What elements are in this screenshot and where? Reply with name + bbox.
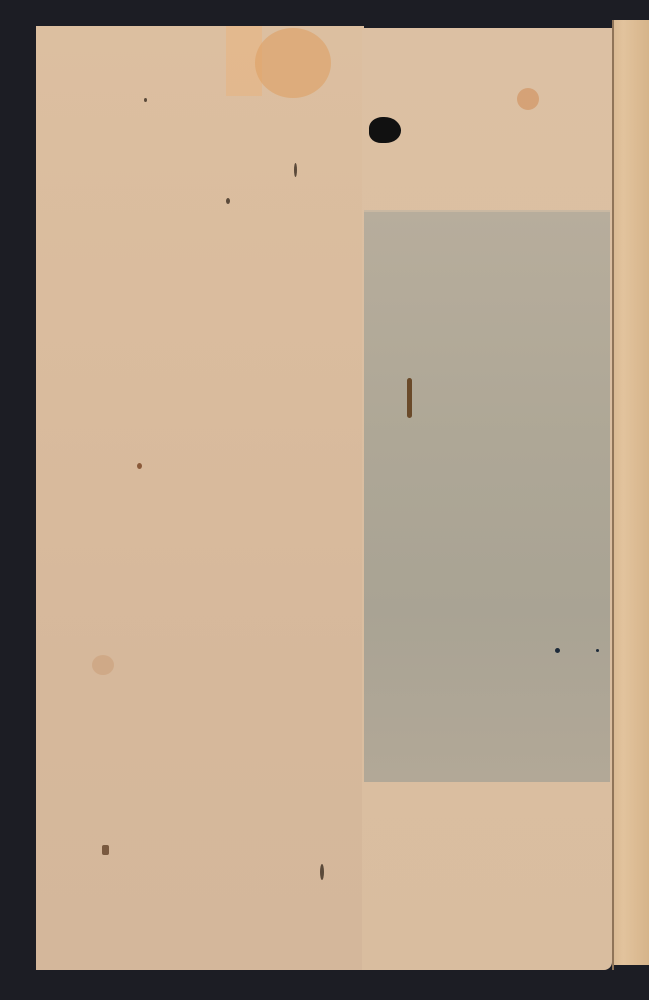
paper-speck bbox=[596, 649, 599, 652]
ink-blot bbox=[369, 117, 401, 143]
paper-speck bbox=[294, 163, 297, 177]
small-stain bbox=[517, 88, 539, 110]
paper-speck bbox=[555, 648, 560, 653]
book-spine-edge bbox=[612, 20, 649, 965]
water-stain bbox=[255, 28, 331, 98]
spine-fold-line bbox=[612, 20, 614, 970]
paper-speck bbox=[226, 198, 230, 204]
paper-speck bbox=[102, 845, 109, 855]
paper-speck bbox=[137, 463, 142, 469]
paper-fiber bbox=[407, 378, 412, 418]
faint-stain bbox=[92, 655, 114, 675]
gray-paper-panel bbox=[364, 210, 610, 782]
left-paper-page bbox=[36, 26, 364, 970]
paper-speck bbox=[320, 864, 324, 880]
paper-speck bbox=[144, 98, 147, 102]
